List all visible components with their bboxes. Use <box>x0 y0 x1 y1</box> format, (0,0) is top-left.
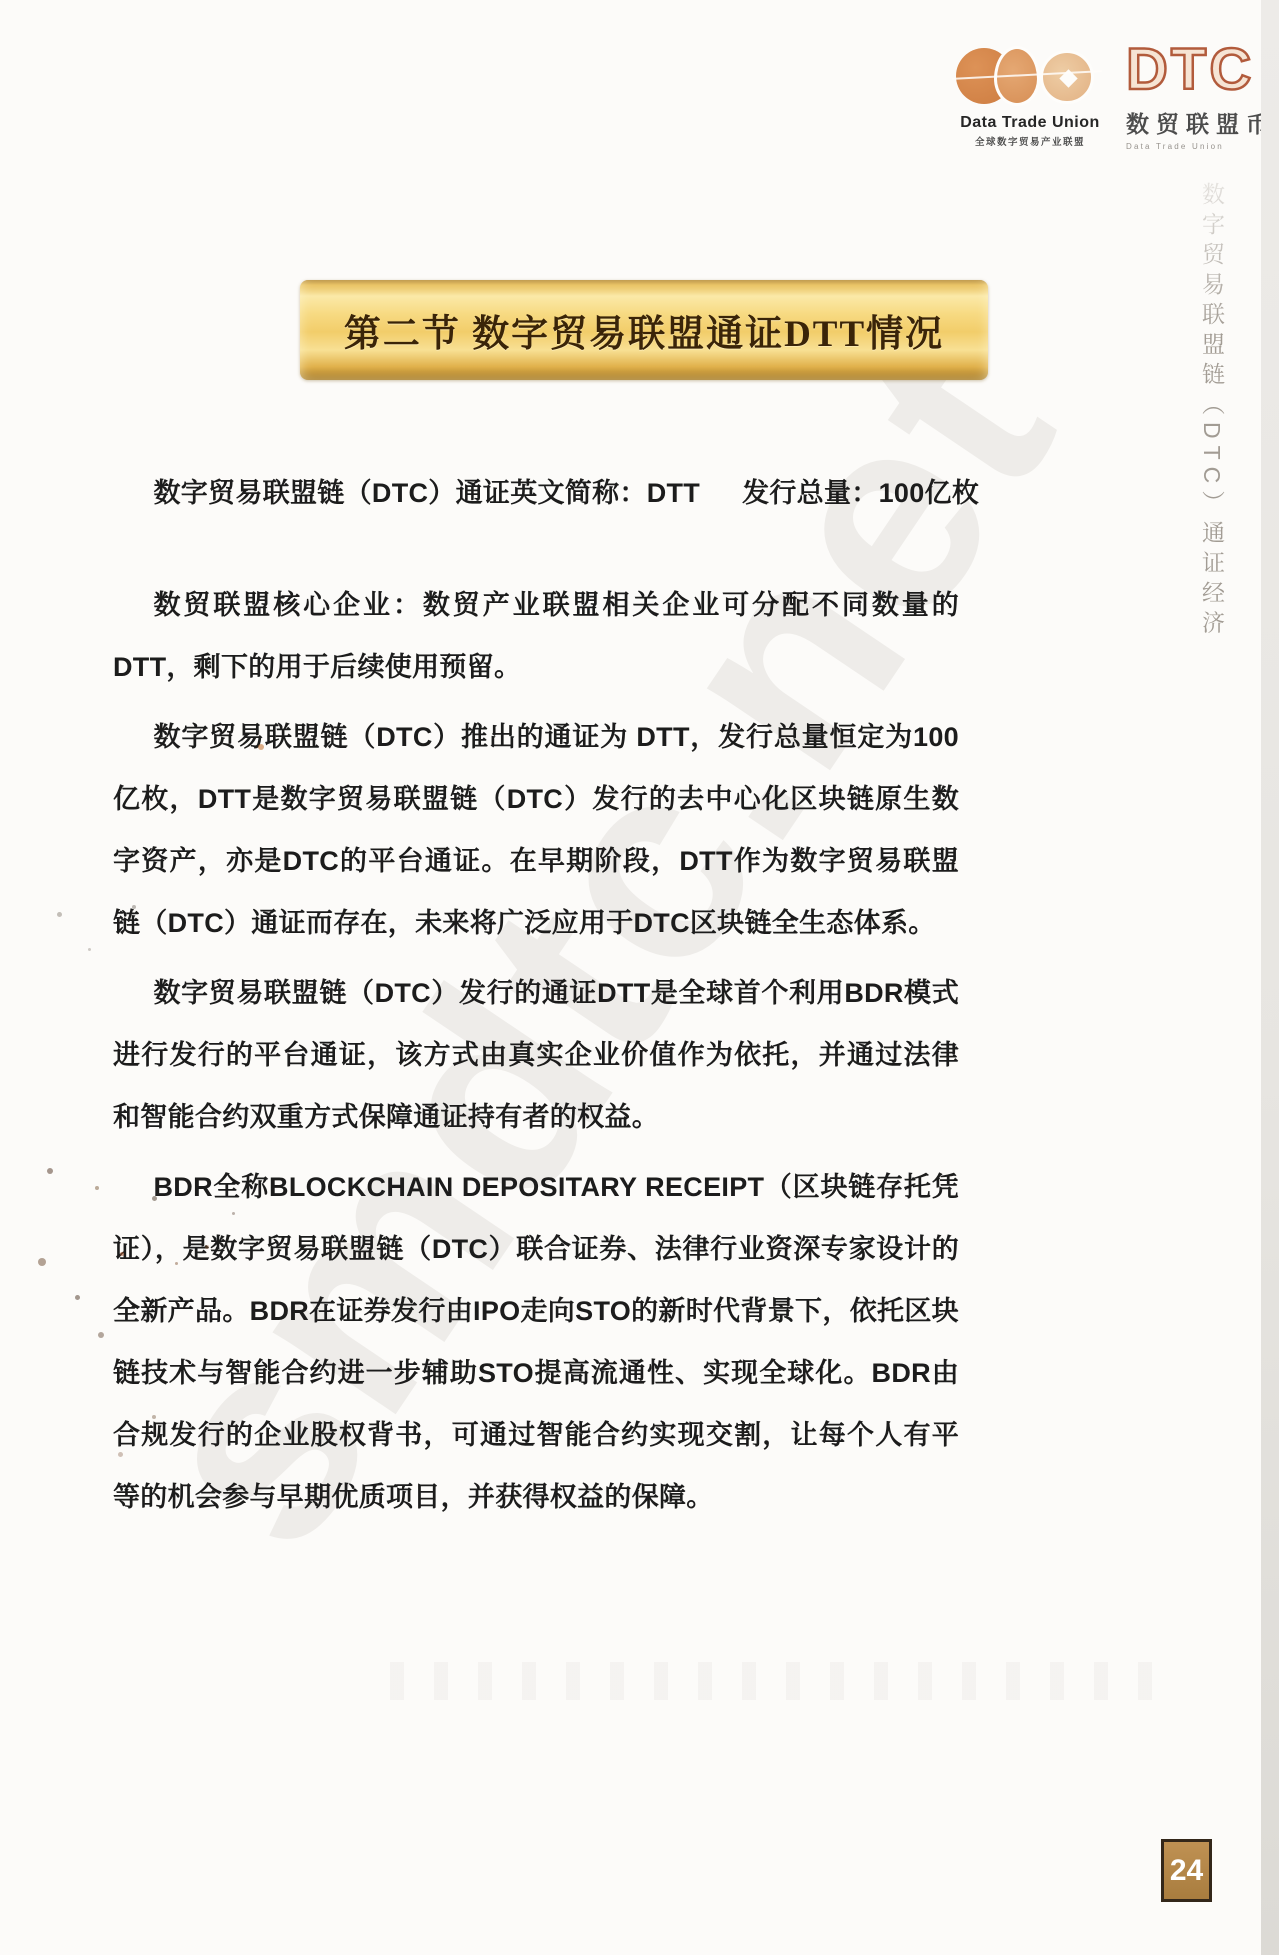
chapter-side-label: 数字贸易联盟链（DTC）通证经济 <box>1196 182 1229 640</box>
ink-speck <box>132 905 136 909</box>
ink-speck <box>118 1452 123 1457</box>
three-coins-icon <box>948 44 1112 108</box>
dtc-coin-logo: DTC 数贸联盟币 Data Trade Union <box>1126 38 1276 151</box>
dtu-logo-title: Data Trade Union <box>948 114 1112 132</box>
document-page: smdtc.net Data Trade Union 全球数字贸易产业联盟 DT… <box>0 0 1279 1955</box>
paragraph-dtt-issuance: 数字贸易联盟链（DTC）推出的通证为 DTT，发行总量恒定为100亿枚，DTT是… <box>113 706 959 954</box>
body-text-block: 数字贸易联盟链（DTC）通证英文简称：DTT发行总量：100亿枚 数贸联盟核心企… <box>113 462 959 1536</box>
ink-speck <box>175 1262 178 1265</box>
token-supply-text: 发行总量：100亿枚 <box>742 478 979 508</box>
dtc-logo-subtitle: Data Trade Union <box>1126 142 1276 151</box>
ink-speck <box>38 1258 46 1266</box>
paragraph-core-enterprises: 数贸联盟核心企业：数贸产业联盟相关企业可分配不同数量的DTT，剩下的用于后续使用… <box>113 574 959 698</box>
dtc-logo-acronym: DTC <box>1126 38 1276 102</box>
paragraph-bdr-model: 数字贸易联盟链（DTC）发行的通证DTT是全球首个利用BDR模式进行发行的平台通… <box>113 962 959 1148</box>
paragraph-bdr-definition: BDR全称BLOCKCHAIN DEPOSITARY RECEIPT（区块链存托… <box>113 1156 959 1528</box>
token-summary-line: 数字贸易联盟链（DTC）通证英文简称：DTT发行总量：100亿枚 <box>113 462 959 524</box>
token-name-text: 数字贸易联盟链（DTC）通证英文简称：DTT <box>154 478 701 508</box>
ink-speck <box>232 1212 235 1215</box>
dtu-logo-subtitle: 全球数字贸易产业联盟 <box>948 134 1112 148</box>
ink-speck <box>75 1295 80 1300</box>
page-number-badge: 24 <box>1161 1839 1212 1902</box>
page-edge-strip <box>1261 0 1279 1955</box>
ink-speck <box>258 744 264 750</box>
ink-speck <box>205 1245 209 1249</box>
faint-ornament-row <box>390 1662 1168 1700</box>
ink-speck <box>120 1252 124 1256</box>
ink-speck <box>152 1415 156 1419</box>
section-title-banner: 第二节 数字贸易联盟通证DTT情况 <box>300 280 988 380</box>
ink-speck <box>98 1332 104 1338</box>
ink-speck <box>95 1186 99 1190</box>
section-title: 第二节 数字贸易联盟通证DTT情况 <box>344 303 944 357</box>
dtc-logo-title: 数贸联盟币 <box>1126 106 1276 139</box>
data-trade-union-logo: Data Trade Union 全球数字贸易产业联盟 <box>948 44 1112 148</box>
coin-icon <box>1040 50 1094 104</box>
ink-speck <box>88 948 91 951</box>
ink-speck <box>47 1168 53 1174</box>
ink-speck <box>152 1196 157 1201</box>
ink-speck <box>57 912 62 917</box>
